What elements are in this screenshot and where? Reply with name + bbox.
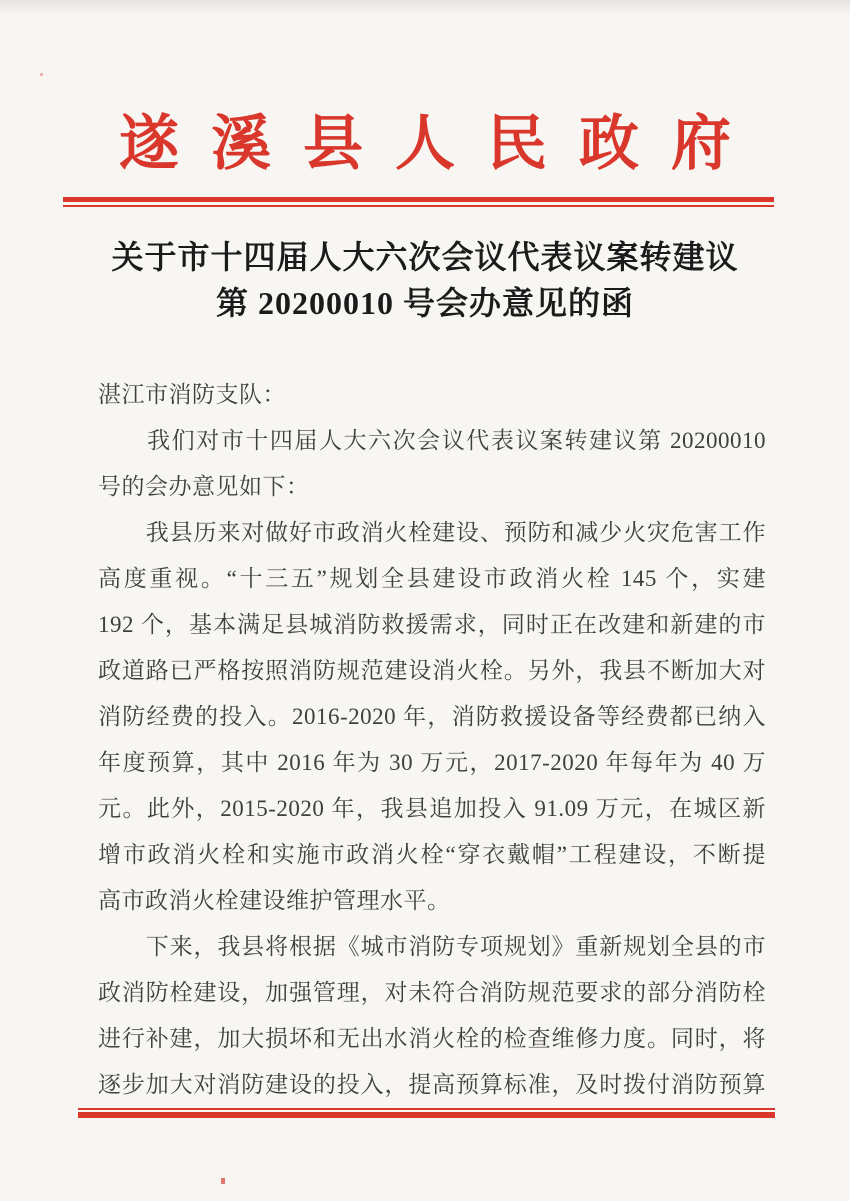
body-line: 下来，我县将根据《城市消防专项规划》重新规划全县的市 xyxy=(98,924,766,970)
document-title-line-1: 关于市十四届人大六次会议代表议案转建议 xyxy=(0,234,850,280)
scan-speck xyxy=(40,73,43,76)
body-line: 消防经费的投入。2016-2020 年，消防救援设备等经费都已纳入 xyxy=(98,694,766,740)
body-line: 号的会办意见如下： xyxy=(98,464,766,510)
document-title: 关于市十四届人大六次会议代表议案转建议 第 20200010 号会办意见的函 xyxy=(0,234,850,326)
footer-divider xyxy=(78,1108,775,1118)
body-line: 逐步加大对消防建设的投入，提高预算标准，及时拨付消防预算 xyxy=(98,1062,766,1108)
body-line: 政道路已严格按照消防规范建设消火栓。另外，我县不断加大对 xyxy=(98,648,766,694)
letterhead-divider xyxy=(63,197,774,207)
body-line: 我县历来对做好市政消火栓建设、预防和减少火灾危害工作 xyxy=(98,510,766,556)
scan-speck xyxy=(221,1178,225,1184)
document-title-line-2: 第 20200010 号会办意见的函 xyxy=(0,280,850,326)
letterhead-org-name: 遂溪县人民政府 xyxy=(0,104,850,184)
body-line: 192 个，基本满足县城消防救援需求，同时正在改建和新建的市 xyxy=(98,602,766,648)
body-line: 元。此外，2015-2020 年，我县追加投入 91.09 万元，在城区新 xyxy=(98,786,766,832)
body-line: 政消防栓建设，加强管理，对未符合消防规范要求的部分消防栓 xyxy=(98,970,766,1016)
body-line: 湛江市消防支队： xyxy=(98,372,766,418)
body-line: 高市政消火栓建设维护管理水平。 xyxy=(98,878,766,924)
body-text: 湛江市消防支队： 我们对市十四届人大六次会议代表议案转建议第 20200010号… xyxy=(98,372,766,1108)
scanned-document-page: 遂溪县人民政府 关于市十四届人大六次会议代表议案转建议 第 20200010 号… xyxy=(0,0,850,1201)
body-line: 我们对市十四届人大六次会议代表议案转建议第 20200010 xyxy=(98,418,766,464)
scan-edge-shading xyxy=(0,0,850,16)
body-line: 进行补建，加大损坏和无出水消火栓的检查维修力度。同时，将 xyxy=(98,1016,766,1062)
body-line: 高度重视。“十三五”规划全县建设市政消火栓 145 个，实建 xyxy=(98,556,766,602)
body-line: 增市政消火栓和实施市政消火栓“穿衣戴帽”工程建设，不断提 xyxy=(98,832,766,878)
body-line: 年度预算，其中 2016 年为 30 万元，2017-2020 年每年为 40 … xyxy=(98,740,766,786)
